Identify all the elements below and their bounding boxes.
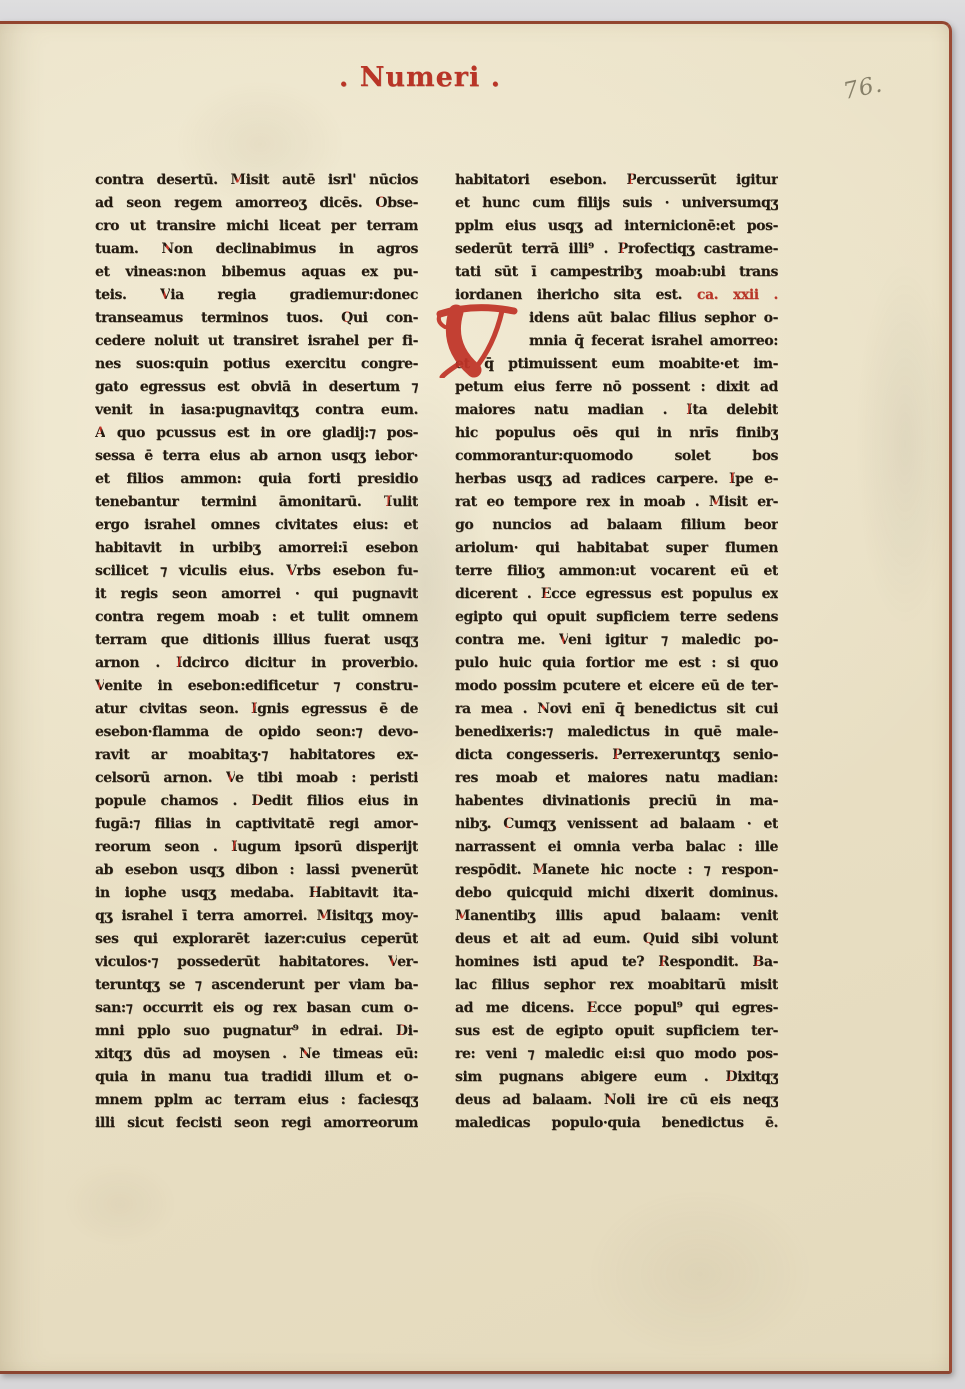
- text-line: egipto qui opuit supficiem terre sedens: [455, 606, 778, 629]
- text-line: benedixeris:⁊ maledictus in quē male-: [455, 721, 778, 744]
- text-line: narrassent ei omnia verba balac : ille: [455, 836, 778, 859]
- text-line: mni pplo suo pugnatur⁹ in edrai. Di-: [95, 1020, 418, 1043]
- rubricated-capital: I: [176, 655, 182, 671]
- rubricated-capital: I: [729, 471, 735, 487]
- rubricated-capital: P: [627, 172, 637, 188]
- text-line: qʒ israhel ī terra amorrei. Misitqʒ moy-: [95, 905, 418, 928]
- rubricated-capital: V: [160, 287, 170, 303]
- text-line: tenebantur termini āmonitarū. Tulit: [95, 491, 418, 514]
- text-line: ad seon regem amorreoʒ dicēs. Obse-: [95, 192, 418, 215]
- text-line: et hunc cum filijs suis · universumqʒ: [455, 192, 778, 215]
- text-line: habentes divinationis preciū in ma-: [455, 790, 778, 813]
- text-line: dicta congesseris. Perrexeruntqʒ senio-: [455, 744, 778, 767]
- rubricated-capital: Q: [341, 310, 353, 326]
- text-line: arnon . Idcirco dicitur in proverbio.: [95, 652, 418, 675]
- rubricated-capital: O: [375, 195, 387, 211]
- text-line: viculos·⁊ possederūt habitatores. Ver-: [95, 951, 418, 974]
- text-line: xitqʒ dūs ad moysen . Ne timeas eū:: [95, 1043, 418, 1066]
- text-line: it regis seon amorrei · qui pugnavit: [95, 583, 418, 606]
- rubricated-capital: D: [725, 1069, 737, 1085]
- text-line: tati sūt ī campestribʒ moab:ubi trans: [455, 261, 778, 284]
- text-line: cedere noluit ut transiret israhel per f…: [95, 330, 418, 353]
- rubricated-capital: P: [612, 747, 622, 763]
- text-line: teruntqʒ se ⁊ ascenderunt per viam ba-: [95, 974, 418, 997]
- text-line: popule chamos . Dedit filios eius in: [95, 790, 418, 813]
- drop-cap-initial-v: [436, 302, 528, 378]
- text-line: pplm eius usqʒ ad internicionē:et pos-: [455, 215, 778, 238]
- text-line: quia in manu tua tradidi illum et o-: [95, 1066, 418, 1089]
- text-line: scilicet ⁊ viculis eius. Vrbs esebon fu-: [95, 560, 418, 583]
- rubricated-capital: Q: [643, 931, 655, 947]
- running-title: . Numeri .: [280, 62, 560, 93]
- text-line: commorantur:quomodo solet bos: [455, 445, 778, 468]
- rubricated-capital: V: [226, 770, 235, 786]
- text-line: cro ut transire michi liceat per terram: [95, 215, 418, 238]
- text-line: ergo israhel omnes civitates eius: et: [95, 514, 418, 537]
- rubricated-capital: I: [251, 701, 257, 717]
- rubricated-capital: N: [161, 241, 173, 257]
- text-line: esebon·flamma de opido seon:⁊ devo-: [95, 721, 418, 744]
- text-line: res moab et maiores natu madian:: [455, 767, 778, 790]
- text-line: mnem pplm ac terram eius : faciesqʒ: [95, 1089, 418, 1112]
- text-line: reorum seon . Iugum ipsorū disperijt: [95, 836, 418, 859]
- text-line: herbas usqʒ ad radices carpere. Ipe e-: [455, 468, 778, 491]
- text-line: respōdit. Manete hic nocte : ⁊ respon-: [455, 859, 778, 882]
- rubricated-capital: V: [286, 563, 296, 579]
- text-line: ad me dicens. Ecce popul⁹ qui egres-: [455, 997, 778, 1020]
- text-line: habitavit in urbibʒ amorrei:ī esebon: [95, 537, 418, 560]
- text-line: sus est de egipto opuit supficiem ter-: [455, 1020, 778, 1043]
- manuscript-page: . Numeri . 76. contra desertū. Misit aut…: [0, 21, 952, 1374]
- rubricated-capital: N: [299, 1046, 311, 1062]
- text-line: re: veni ⁊ maledic ei:si quo modo pos-: [455, 1043, 778, 1066]
- text-line: pulo huic quia fortior me est : si quo: [455, 652, 778, 675]
- text-line: dicerent . Ecce egressus est populus ex: [455, 583, 778, 606]
- rubricated-capital: V: [388, 954, 397, 970]
- text-column-left: contra desertū. Misit autē isrl' nūciosa…: [95, 169, 418, 1135]
- rubricated-capital: M: [231, 172, 246, 188]
- rubricated-capital: R: [658, 954, 669, 970]
- text-line: Manentibʒ illis apud balaam: venit: [455, 905, 778, 928]
- text-line: rat eo tempore rex in moab . Misit er-: [455, 491, 778, 514]
- text-line: ariolum· qui habitabat super flumen: [455, 537, 778, 560]
- text-line: sederūt terrā illi⁹ . Profectiqʒ castram…: [455, 238, 778, 261]
- text-line: lac filius sephor rex moabitarū misit: [455, 974, 778, 997]
- text-line: et vineas:non bibemus aquas ex pu-: [95, 261, 418, 284]
- rubricated-capital: B: [752, 954, 763, 970]
- rubricated-capital: M: [533, 862, 548, 878]
- text-line: Venite in esebon:edificetur ⁊ constru-: [95, 675, 418, 698]
- text-line: terre filioʒ ammon:ut vocarent eū et: [455, 560, 778, 583]
- rubricated-capital: C: [503, 816, 514, 832]
- text-line: sim pugnans abigere eum . Dixitqʒ: [455, 1066, 778, 1089]
- text-line: atur civitas seon. Ignis egressus ē de: [95, 698, 418, 721]
- rubricated-capital: N: [537, 701, 549, 717]
- text-line: maledicas populo·quia benedictus ē.: [455, 1112, 778, 1135]
- rubricated-capital: T: [384, 494, 393, 510]
- text-line: deus et ait ad eum. Quid sibi volunt: [455, 928, 778, 951]
- text-line: in iophe usqʒ medaba. Habitavit ita-: [95, 882, 418, 905]
- text-line: celsorū arnon. Ve tibi moab : peristi: [95, 767, 418, 790]
- text-line: transeamus terminos tuos. Qui con-: [95, 307, 418, 330]
- text-line: contra desertū. Misit autē isrl' nūcios: [95, 169, 418, 192]
- rubricated-capital: M: [317, 908, 332, 924]
- text-line: san:⁊ occurrit eis og rex basan cum o-: [95, 997, 418, 1020]
- rubricated-capital: V: [559, 632, 568, 648]
- rubricated-capital: M: [455, 908, 470, 924]
- text-line: deus ad balaam. Noli ire cū eis neqʒ: [455, 1089, 778, 1112]
- text-line: maiores natu madian . Ita delebit: [455, 399, 778, 422]
- rubricated-capital: V: [95, 678, 104, 694]
- text-line: terram que ditionis illius fuerat usqʒ: [95, 629, 418, 652]
- text-line: nibʒ. Cumqʒ venissent ad balaam · et: [455, 813, 778, 836]
- text-line: ravit ar moabitaʒ·⁊ habitatores ex-: [95, 744, 418, 767]
- chapter-label: ca. xxii .: [697, 287, 778, 303]
- rubricated-capital: P: [618, 241, 628, 257]
- text-line: contra me. Veni igitur ⁊ maledic po-: [455, 629, 778, 652]
- rubricated-capital: N: [604, 1092, 616, 1108]
- text-line: et filios ammon: quia forti presidio: [95, 468, 418, 491]
- text-line: gato egressus est obviā in desertum ⁊: [95, 376, 418, 399]
- text-line: sessa ē terra eius ab arnon usqʒ iebor·: [95, 445, 418, 468]
- text-line: venit in iasa:pugnavitqʒ contra eum.: [95, 399, 418, 422]
- rubricated-capital: H: [309, 885, 322, 901]
- text-line: petum eius ferre nō possent : dixit ad: [455, 376, 778, 399]
- rubricated-capital: D: [396, 1023, 408, 1039]
- text-line: go nuncios ad balaam filium beor: [455, 514, 778, 537]
- rubricated-capital: E: [587, 1000, 597, 1016]
- rubricated-capital: D: [252, 793, 264, 809]
- folio-number: 76.: [841, 65, 915, 105]
- text-line: hic populus oēs qui in nrīs finibʒ: [455, 422, 778, 445]
- text-line: teis. Via regia gradiemur:donec: [95, 284, 418, 307]
- text-line: homines isti apud te? Respondit. Ba-: [455, 951, 778, 974]
- rubricated-capital: I: [686, 402, 692, 418]
- rubricated-capital: A: [95, 425, 105, 441]
- text-line: habitatori esebon. Percusserūt igitur: [455, 169, 778, 192]
- text-line: fugā:⁊ filias in captivitatē regi amor-: [95, 813, 418, 836]
- text-line: tuam. Non declinabimus in agros: [95, 238, 418, 261]
- text-line: ra mea . Novi enī q̄ benedictus sit cui: [455, 698, 778, 721]
- text-line: ses qui explorarēt iazer:cuius ceperūt: [95, 928, 418, 951]
- rubricated-capital: M: [709, 494, 724, 510]
- text-line: ab esebon usqʒ dibon : lassi pvenerūt: [95, 859, 418, 882]
- rubricated-capital: E: [541, 586, 551, 602]
- text-line: modo possim pcutere et eicere eū de ter-: [455, 675, 778, 698]
- text-line: contra regem moab : et tulit omnem: [95, 606, 418, 629]
- text-line: illi sicut fecisti seon regi amorreorum: [95, 1112, 418, 1135]
- text-line: debo quicquid michi dixerit dominus.: [455, 882, 778, 905]
- rubricated-capital: I: [231, 839, 237, 855]
- text-line: A quo pcussus est in ore gladij:⁊ pos-: [95, 422, 418, 445]
- text-line: nes suos:quin potius exercitu congre-: [95, 353, 418, 376]
